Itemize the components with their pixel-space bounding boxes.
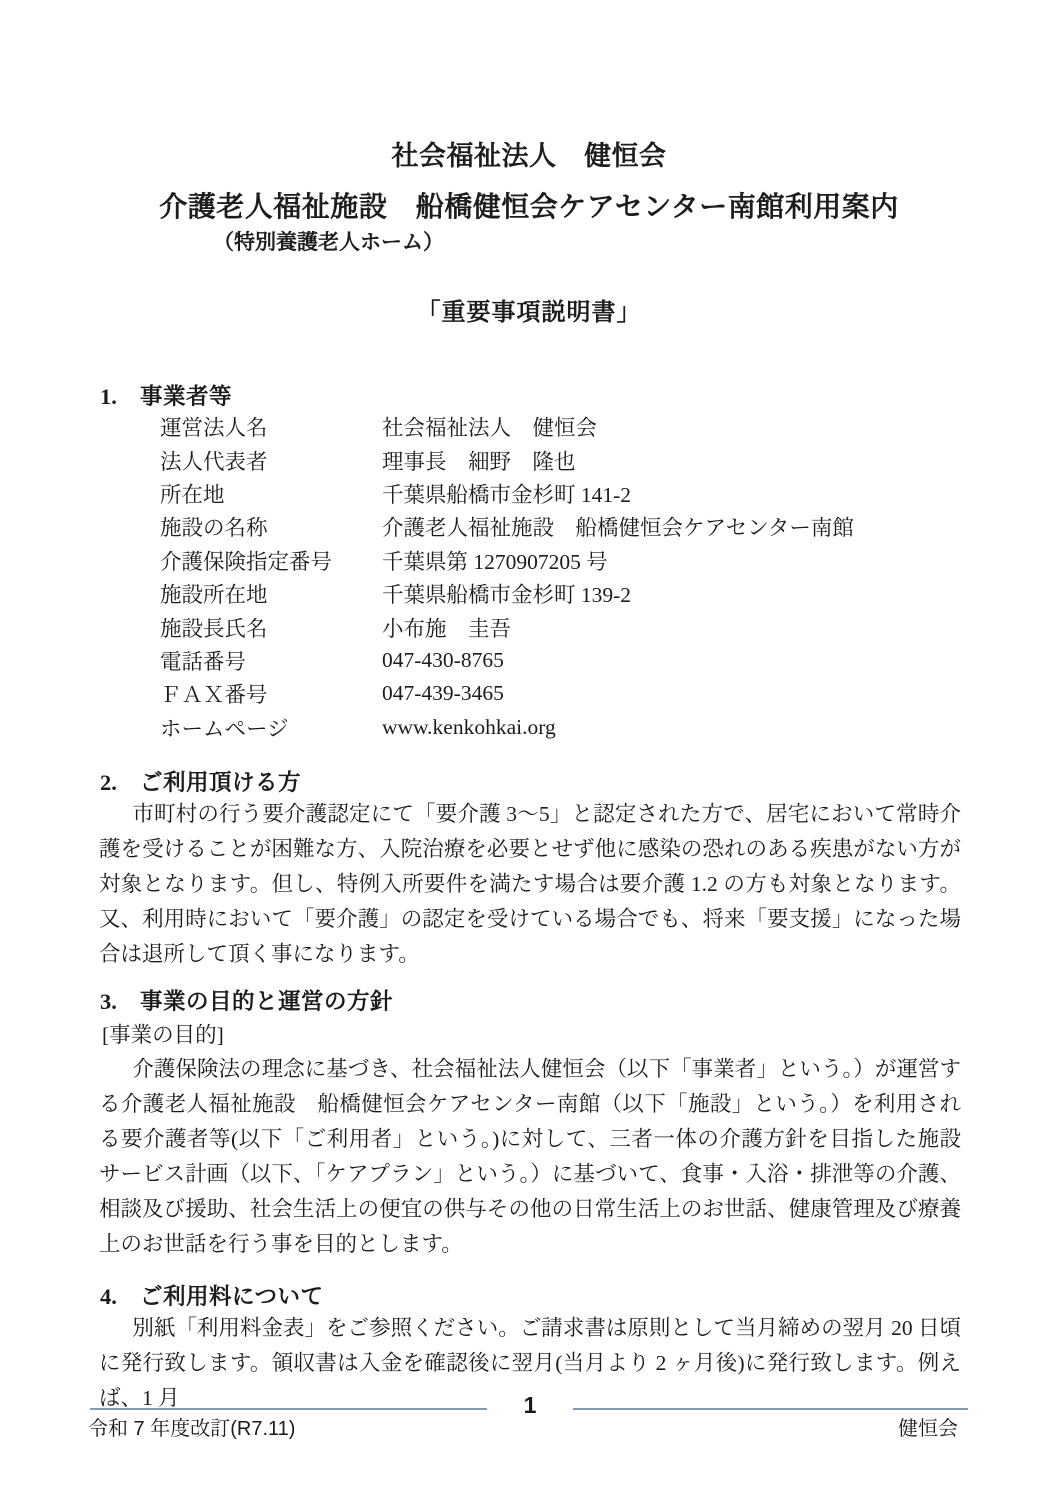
info-value: 理事長 細野 隆也: [382, 445, 576, 476]
table-row: 施設の名称 介護老人福祉施設 船橋健恒会ケアセンター南館: [160, 510, 960, 543]
table-row: 介護保険指定番号 千葉県第 1270907205 号: [160, 544, 960, 577]
table-row: ホームページ www.kenkohkai.org: [160, 711, 960, 744]
table-row: 施設長氏名 小布施 圭吾: [160, 610, 960, 643]
facility-subtitle: （特別養護老人ホーム）: [213, 226, 444, 256]
footer-rule-left: [90, 1408, 487, 1410]
info-label: 介護保険指定番号: [160, 545, 382, 576]
section-1-heading: 1.事業者等: [100, 379, 232, 411]
footer-organization: 健恒会: [898, 1412, 958, 1441]
section-2-number: 2.: [100, 770, 140, 796]
organization-name: 社会福祉法人 健恒会: [0, 134, 1058, 173]
section-2-title: ご利用頂ける方: [140, 770, 301, 795]
info-label: 施設所在地: [160, 578, 382, 609]
section-2-heading: 2.ご利用頂ける方: [100, 765, 301, 797]
facility-title: 介護老人福祉施設 船橋健恒会ケアセンター南館利用案内: [0, 185, 1058, 225]
section-4-heading: 4.ご利用料について: [100, 1279, 324, 1311]
section-4-number: 4.: [100, 1284, 140, 1310]
info-label: 施設長氏名: [160, 612, 382, 643]
footer-revision: 令和 7 年度改訂(R7.11): [88, 1412, 295, 1441]
section-3-title: 事業の目的と運営の方針: [140, 989, 393, 1014]
info-label: 電話番号: [160, 645, 382, 676]
business-info-table: 運営法人名 社会福祉法人 健恒会 法人代表者 理事長 細野 隆也 所在地 千葉県…: [160, 410, 960, 744]
table-row: ＦＡＸ番号 047-439-3465: [160, 677, 960, 710]
info-label: ＦＡＸ番号: [160, 678, 382, 709]
table-row: 電話番号 047-430-8765: [160, 644, 960, 677]
table-row: 法人代表者 理事長 細野 隆也: [160, 443, 960, 476]
table-row: 所在地 千葉県船橋市金杉町 141-2: [160, 477, 960, 510]
info-value: 千葉県船橋市金杉町 139-2: [382, 578, 631, 609]
info-label: 施設の名称: [160, 511, 382, 542]
section-2-paragraph: 市町村の行う要介護認定にて「要介護 3〜5」と認定された方で、居宅において常時介…: [99, 797, 961, 972]
section-1-number: 1.: [100, 384, 140, 410]
section-3-heading: 3.事業の目的と運営の方針: [100, 984, 393, 1016]
info-value: 小布施 圭吾: [382, 612, 511, 643]
table-row: 施設所在地 千葉県船橋市金杉町 139-2: [160, 577, 960, 610]
homepage-url: www.kenkohkai.org: [382, 715, 556, 740]
page-number: 1: [487, 1392, 573, 1419]
info-label: 運営法人名: [160, 411, 382, 442]
document-page: 社会福祉法人 健恒会 介護老人福祉施設 船橋健恒会ケアセンター南館利用案内 （特…: [0, 0, 1058, 1497]
info-label: 法人代表者: [160, 445, 382, 476]
section-1-title: 事業者等: [140, 384, 232, 409]
info-label: 所在地: [160, 478, 382, 509]
section-3-paragraph: 介護保険法の理念に基づき、社会福祉法人健恒会（以下「事業者」という。）が運営する…: [99, 1052, 961, 1262]
section-3-subheading: [事業の目的]: [102, 1018, 224, 1049]
info-value: 047-439-3465: [382, 681, 504, 706]
info-label: ホームページ: [160, 712, 382, 743]
section-4-title: ご利用料について: [140, 1284, 324, 1309]
info-value: 047-430-8765: [382, 648, 504, 673]
info-value: 千葉県船橋市金杉町 141-2: [382, 478, 631, 509]
info-value: 千葉県第 1270907205 号: [382, 545, 608, 576]
document-title: 「重要事項説明書」: [0, 292, 1058, 327]
table-row: 運営法人名 社会福祉法人 健恒会: [160, 410, 960, 443]
info-value: 社会福祉法人 健恒会: [382, 411, 597, 442]
info-value: 介護老人福祉施設 船橋健恒会ケアセンター南館: [382, 511, 854, 542]
footer-rule-right: [573, 1408, 968, 1410]
section-3-number: 3.: [100, 989, 140, 1015]
